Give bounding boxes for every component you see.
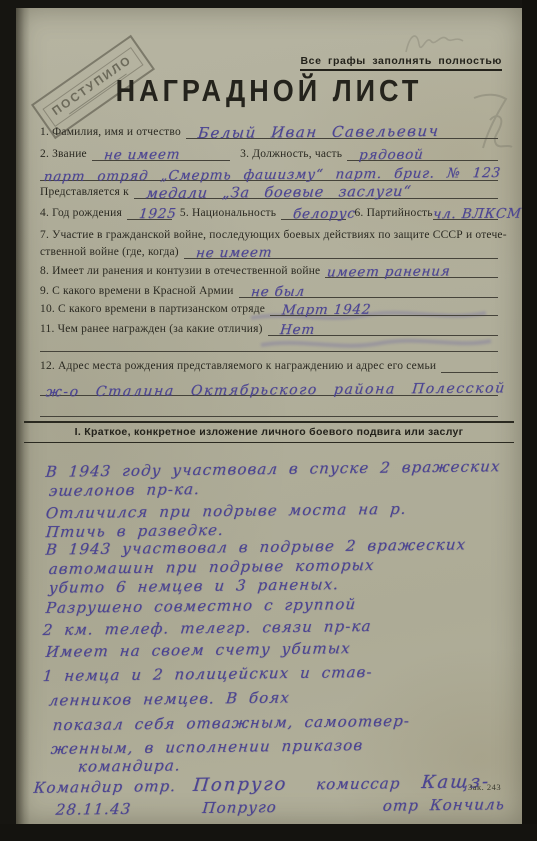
field-position-cont-line: парт отряд „Смерть фашизму“ парт. бриг. …	[40, 163, 498, 181]
date-row: 28.11.43 Попруго отр Кончиль	[55, 795, 506, 818]
field-presented-for: Представляется к медали „За боевые заслу…	[40, 182, 498, 199]
field-rank-line: не имеет	[92, 143, 230, 161]
handwritten-line: 2 км. телеф. телегр. связи пр-ка	[42, 617, 372, 639]
field-address-value-line: ж-о Сталина Октябрьского района Полесско…	[40, 378, 498, 396]
print-order-number: Зак. 243	[468, 782, 501, 792]
field-wounds: 8. Имеет ли ранения и контузии в отечест…	[40, 261, 498, 278]
section-divider-bottom	[24, 442, 514, 443]
field-party-line: чл. ВЛКСМ	[433, 202, 498, 220]
handwritten-line: В 1943 участвовал в подрыве 2 вражеских	[45, 535, 467, 558]
field-red-army-since: 9. С какого времени в Красной Армии не б…	[40, 281, 498, 298]
field-civilwar: 7. Участие в гражданской войне, последую…	[40, 225, 498, 242]
section-heading: I. Краткое, конкретное изложение личного…	[16, 425, 522, 439]
signature-repeat: Попруго	[202, 798, 278, 817]
field-rank-value: не имеет	[103, 147, 181, 164]
field-birthyear-line: 1925	[127, 202, 172, 220]
handwritten-line: В 1943 году участвовал в спуске 2 вражес…	[45, 457, 501, 481]
field-address-value: ж-о Сталина Октябрьского района Полесско…	[45, 380, 537, 401]
binding-shadow	[16, 8, 30, 824]
field-address-label: 12. Адрес места рождения представляемого…	[40, 359, 441, 373]
field-nationality-value: белорус	[292, 206, 356, 223]
award-sheet-page: ПОСТУПИЛО Все графы заполнять полностью …	[16, 8, 522, 824]
field-position-line: рядовой	[347, 143, 498, 161]
handwritten-line: Разрушено совместно с группой	[45, 595, 357, 617]
field-presented-line: медали „За боевые заслуги“	[134, 181, 498, 199]
field-civilwar-value: не имеет	[195, 245, 273, 262]
field-presented-label: Представляется к	[40, 185, 134, 199]
field-wounds-value: имеет ранения	[327, 263, 452, 280]
field-nationality-label: 5. Национальность	[172, 206, 281, 220]
scan-edge	[0, 824, 537, 841]
field-civilwar-cont: ственной войне (где, когда) не имеет	[40, 242, 498, 259]
field-birthyear-label: 4. Год рождения	[40, 206, 127, 220]
field-rank-label: 2. Звание	[40, 147, 92, 161]
scan-edge	[522, 0, 537, 841]
field-red-army-label: 9. С какого времени в Красной Армии	[40, 284, 239, 298]
handwritten-line: эшелонов пр-ка.	[48, 480, 201, 500]
field-name-value: Белый Иван Савельевич	[197, 122, 440, 142]
field-civilwar-line: не имеет	[184, 241, 498, 259]
field-red-army-line: не был	[239, 280, 498, 298]
handwritten-line: Отличился при подрыве моста на р.	[45, 500, 408, 522]
field-nationality-line: белорус	[281, 202, 346, 220]
commissar-label: комиссар	[315, 774, 401, 793]
blank-line	[40, 335, 498, 352]
field-civilwar-label2: ственной войне (где, когда)	[40, 245, 184, 259]
field-name-label: 1. Фамилия, имя и отчество	[40, 125, 186, 139]
field-rank-position: 2. Звание не имеет 3. Должность, часть р…	[40, 144, 498, 161]
field-partisan-since: 10. С какого времени в партизанском отря…	[40, 299, 498, 316]
detachment-note: отр Кончиль	[382, 795, 506, 814]
field-wounds-line: имеет ранения	[325, 260, 498, 278]
field-partisan-line: Март 1942	[270, 298, 498, 316]
handwritten-line: женным, в исполнении приказов	[50, 736, 364, 758]
blank-rule	[40, 334, 498, 352]
commander-signature: Попруго	[192, 774, 288, 796]
field-position-cont: парт отряд „Смерть фашизму“ парт. бриг. …	[40, 164, 498, 181]
fill-all-fields-note: Все графы заполнять полностью	[300, 55, 502, 71]
field-partisan-value: Март 1942	[281, 302, 372, 319]
field-position-label: 3. Должность, часть	[230, 147, 347, 161]
blank-line	[40, 400, 498, 417]
handwritten-line: командира.	[77, 756, 182, 775]
handwritten-line: 1 немца и 2 полицейских и став-	[42, 663, 374, 685]
field-address-line	[441, 355, 498, 373]
document-scan: ПОСТУПИЛО Все графы заполнять полностью …	[0, 0, 537, 841]
handwritten-line: показал себя отважным, самоотвер-	[52, 712, 411, 734]
field-party-value: чл. ВЛКСМ	[432, 206, 522, 223]
field-name-line: Белый Иван Савельевич	[186, 121, 498, 139]
field-address: 12. Адрес места рождения представляемого…	[40, 356, 498, 373]
handwritten-line: убито 6 немцев и 3 раненых.	[48, 575, 340, 597]
field-civilwar-label: 7. Участие в гражданской войне, последую…	[40, 228, 512, 242]
field-name: 1. Фамилия, имя и отчество Белый Иван Са…	[40, 122, 498, 139]
section-divider-top	[24, 421, 514, 423]
commander-label: Командир отр.	[33, 777, 177, 797]
field-presented-value: медали „За боевые заслуги“	[145, 184, 412, 202]
handwritten-line: Имеет на своем счету убитых	[45, 639, 352, 661]
field-birth-nationality-party: 4. Год рождения 1925 5. Национальность б…	[40, 203, 498, 220]
field-position-value: рядовой	[358, 147, 424, 164]
handwritten-line: ленников немцев. В боях	[48, 689, 291, 710]
field-address-value-row: ж-о Сталина Октябрьского района Полесско…	[40, 376, 498, 396]
field-birthyear-value: 1925	[138, 206, 177, 222]
field-partisan-label: 10. С какого времени в партизанском отря…	[40, 302, 270, 316]
field-wounds-label: 8. Имеет ли ранения и контузии в отечест…	[40, 264, 325, 278]
field-party-label: 6. Партийность	[346, 206, 432, 220]
page-title: НАГРАДНОЙ ЛИСТ	[16, 74, 522, 109]
signature-row: Командир отр. Попруго комиссар Кащз-	[33, 771, 491, 798]
blank-rule	[40, 399, 498, 417]
signature-date: 28.11.43	[55, 800, 132, 819]
